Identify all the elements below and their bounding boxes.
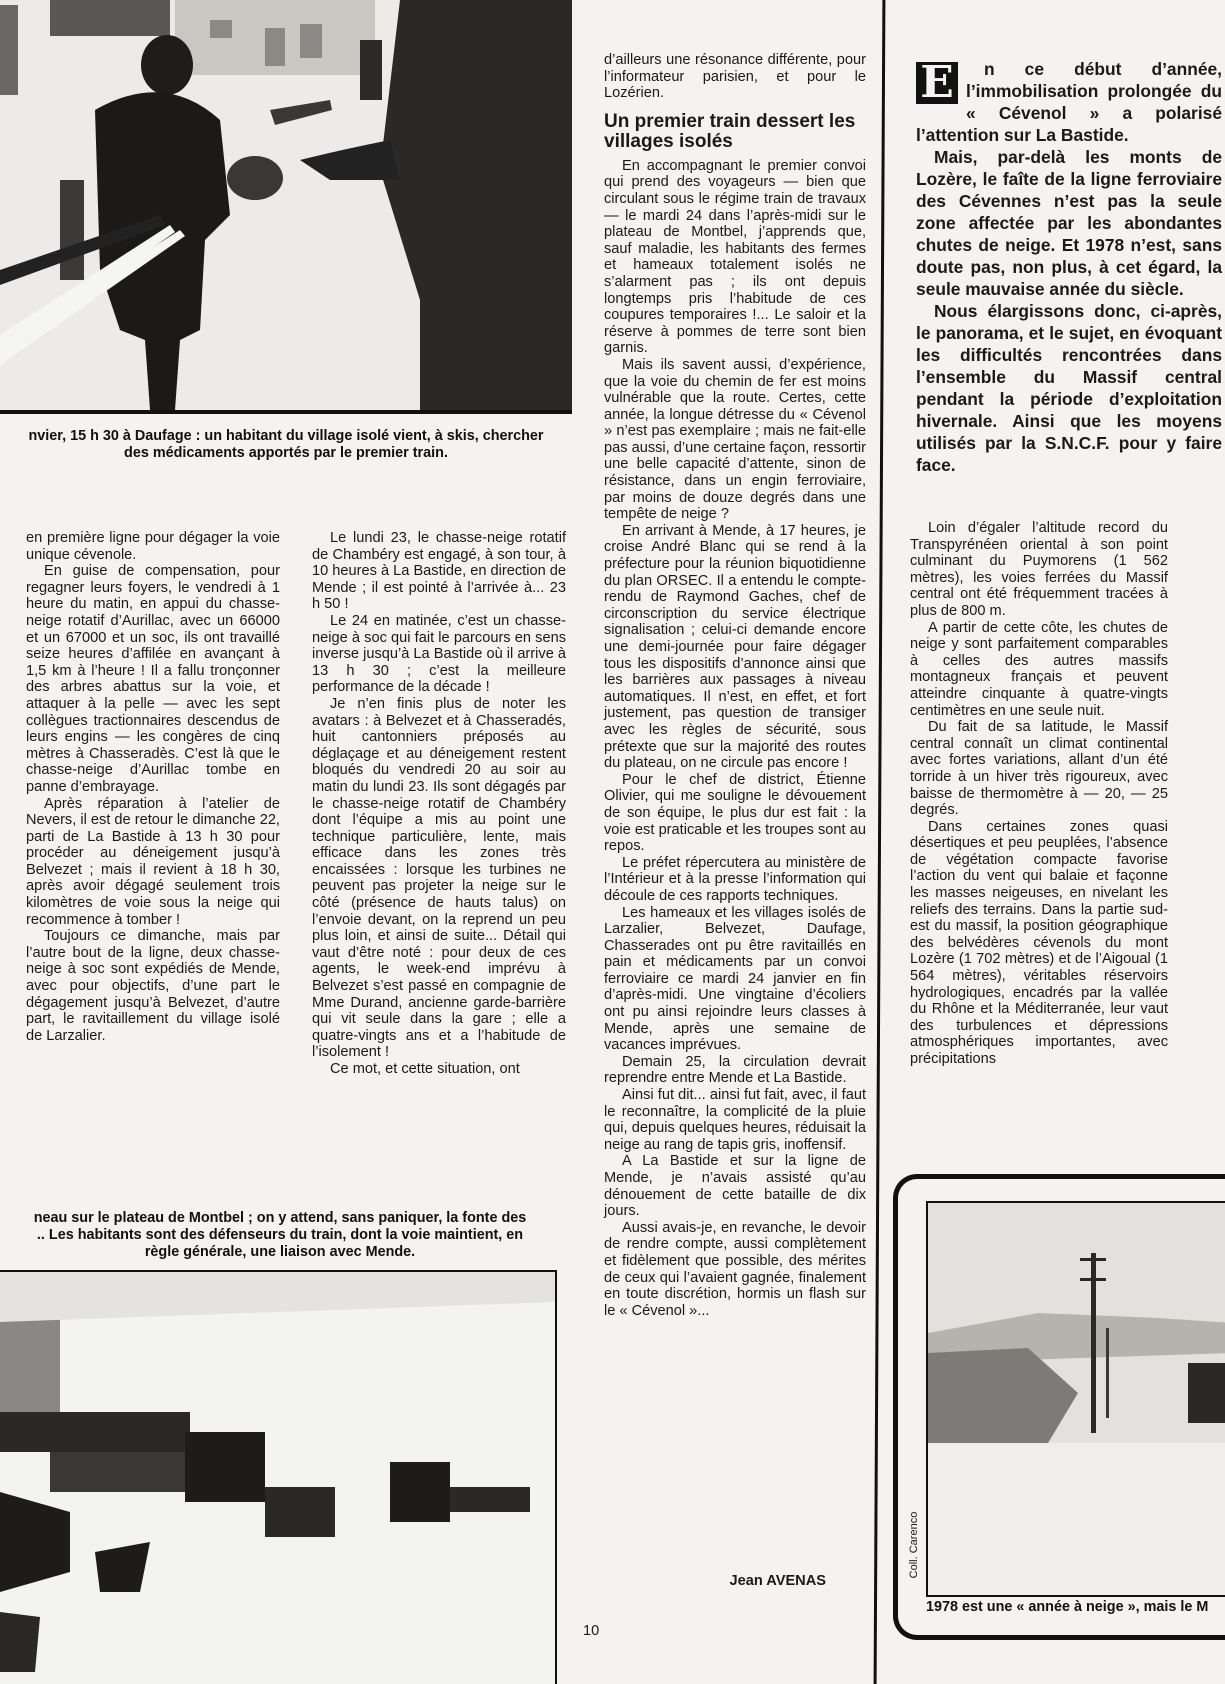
paragraph: Loin d’égaler l’altitude record du Trans… (910, 520, 1168, 620)
intro-paragraph: Nous élargissons donc, ci-après, le pano… (916, 300, 1222, 476)
section-heading: Un premier train dessert les villages is… (604, 112, 866, 152)
page-number: 10 (583, 1623, 599, 1639)
paragraph: Ce mot, et cette situation, ont (312, 1061, 566, 1078)
paragraph: En arrivant à Mende, à 17 heures, je cro… (604, 523, 866, 772)
intro-paragraph: n ce début d’année, l’immobilisation pro… (916, 58, 1222, 146)
photo-credit: Coll. Carenco (908, 1495, 920, 1595)
photo-skier-receiving-medicine (0, 0, 572, 414)
caption-line: .. Les habitants sont des défenseurs du … (0, 1227, 560, 1244)
paragraph: Le préfet répercutera au ministère de l’… (604, 855, 866, 905)
caption-line: neau sur le plateau de Montbel ; on y at… (0, 1210, 560, 1227)
paragraph: Après réparation à l’atelier de Nevers, … (26, 796, 280, 929)
photo-illustration (0, 0, 572, 414)
paragraph: Du fait de sa latitude, le Massif centra… (910, 719, 1168, 819)
paragraph: En accompagnant le premier convoi qui pr… (604, 158, 866, 357)
paragraph: A La Bastide et sur la ligne de Mende, j… (604, 1153, 866, 1219)
caption-line: des médicaments apportés par le premier … (0, 445, 572, 462)
paragraph: Toujours ce dimanche, mais par l’autre b… (26, 928, 280, 1044)
paragraph: Le lundi 23, le chasse-neige rotatif de … (312, 530, 566, 613)
paragraph: A partir de cette côte, les chutes de ne… (910, 620, 1168, 720)
paragraph: Le 24 en matinée, c’est un chasse-neige … (312, 613, 566, 696)
caption-line: règle générale, une liaison avec Mende. (0, 1244, 560, 1261)
paragraph: Les hameaux et les villages isolés de La… (604, 905, 866, 1054)
article-column-1: en première ligne pour dégager la voie u… (26, 530, 280, 1044)
drop-cap: E (916, 62, 958, 104)
photo-snowbound-hamlet (0, 1270, 557, 1684)
article-column-2: Le lundi 23, le chasse-neige rotatif de … (312, 530, 566, 1078)
photo-caption-right: 1978 est une « année à neige », mais le … (926, 1599, 1208, 1616)
article-column-3: d’ailleurs une résonance différente, pou… (604, 52, 866, 1319)
right-page-column: Loin d’égaler l’altitude record du Trans… (910, 520, 1168, 1068)
paragraph: Pour le chef de district, Étienne Olivie… (604, 772, 866, 855)
paragraph: Demain 25, la circulation devrait repren… (604, 1054, 866, 1087)
intro-block: E n ce début d’année, l’immobilisation p… (916, 58, 1222, 476)
paragraph: Mais ils savent aussi, d’expérience, que… (604, 357, 866, 523)
page-gutter-line (874, 0, 886, 1684)
photo-caption-bottom: neau sur le plateau de Montbel ; on y at… (0, 1210, 560, 1261)
photo-illustration (0, 1272, 555, 1684)
photo-railway-telegraph-poles (926, 1201, 1225, 1597)
paragraph: Aussi avais-je, en revanche, le devoir d… (604, 1220, 866, 1320)
paragraph: d’ailleurs une résonance différente, pou… (604, 52, 866, 102)
paragraph: En guise de compensation, pour regagner … (26, 563, 280, 795)
author-signature: Jean AVENAS (640, 1573, 826, 1589)
paragraph: en première ligne pour dégager la voie u… (26, 530, 280, 563)
caption-line: nvier, 15 h 30 à Daufage : un habitant d… (0, 428, 572, 445)
photo-illustration (928, 1203, 1225, 1595)
photo-frame-railway-snow: Coll. Carenco 1978 est une « année à nei… (893, 1174, 1225, 1640)
paragraph: Dans certaines zones quasi désertiques e… (910, 819, 1168, 1068)
intro-paragraph: Mais, par-delà les monts de Lozère, le f… (916, 146, 1222, 300)
paragraph: Ainsi fut dit... ainsi fut fait, avec, i… (604, 1087, 866, 1153)
photo-caption-top: nvier, 15 h 30 à Daufage : un habitant d… (0, 428, 572, 462)
paragraph: Je n’en finis plus de noter les avatars … (312, 696, 566, 1061)
